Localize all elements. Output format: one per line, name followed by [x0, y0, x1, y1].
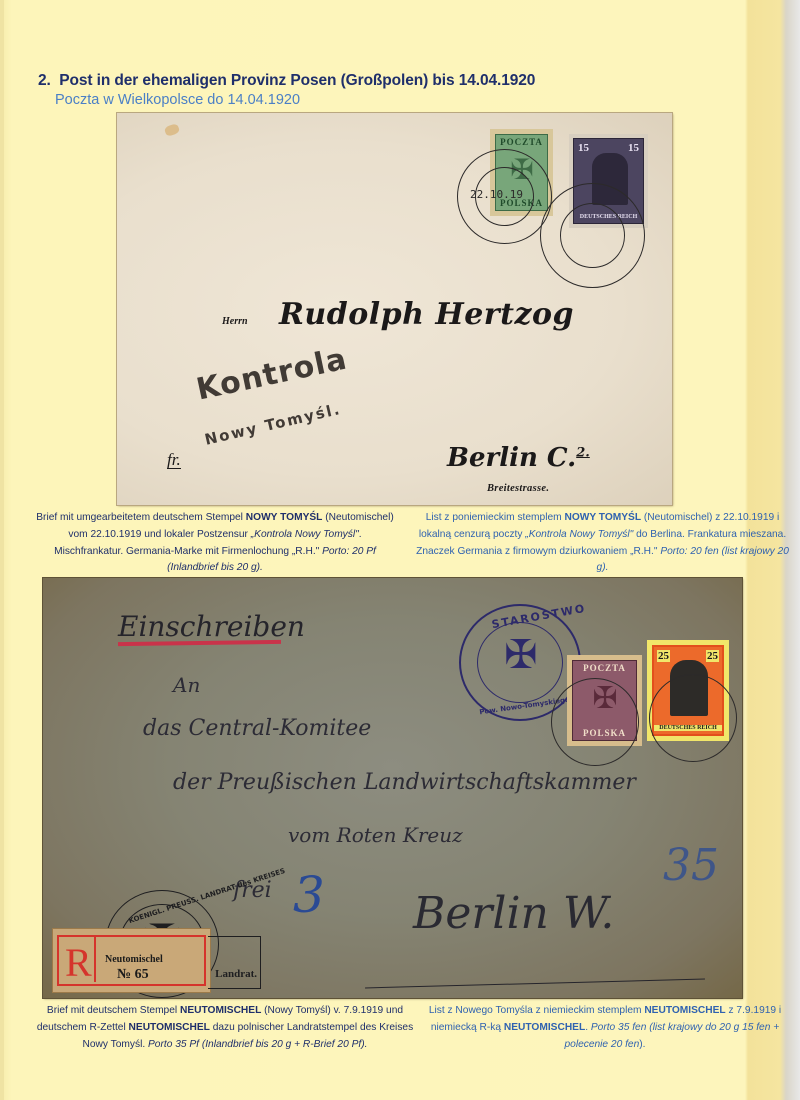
postmark-nowy-tomysl-2 [540, 183, 645, 288]
censor-mark-town: Nowy Tomyśl. [203, 400, 343, 449]
city-district: 2. [576, 445, 590, 460]
stain-mark [164, 123, 181, 137]
stamp-value: 25 [706, 650, 719, 662]
registration-number: № 65 [117, 967, 149, 983]
postmark-nowy-tomysl: 22.10.19 [457, 149, 552, 244]
album-page: 2. Post in der ehemaligen Provinz Posen … [0, 0, 800, 1100]
section-number: 2. [38, 72, 55, 90]
caption-1-german: Brief mit umgearbeitetem deutschem Stemp… [35, 510, 395, 577]
salutation: Herrn [222, 316, 248, 327]
page-edge [0, 0, 4, 1100]
section-heading: 2. Post in der ehemaligen Provinz Posen … [38, 72, 535, 90]
address-line-2: das Central-Komitee [143, 716, 371, 741]
city-name: Berlin C. [447, 443, 576, 473]
address-line-1: An [173, 673, 200, 697]
section-title: Post in der ehemaligen Provinz Posen (Gr… [59, 72, 535, 89]
caption-1-polish: List z poniemieckim stemplem NOWY TOMYŚL… [410, 510, 795, 577]
cover-1-envelope: POCZTA ✠ POLSKA 15 15 DEUTSCHES REICH 22… [117, 113, 672, 505]
from-label: fr. [167, 451, 181, 469]
blue-mark-35: 35 [663, 840, 719, 891]
destination-city: Berlin C.2. [447, 443, 590, 473]
red-underline [118, 640, 281, 646]
registration-letter: R [65, 939, 92, 986]
postmark-neutomischel-2 [649, 674, 737, 762]
address-line-3: der Preußischen Landwirtschaftskammer [173, 770, 636, 795]
address-line-4: vom Roten Kreuz [288, 823, 463, 847]
censor-mark: Kontrola [193, 342, 350, 408]
stamp-country-text: POCZTA [496, 137, 547, 147]
blue-mark-3: 3 [293, 866, 325, 924]
landrat-box-text: Landrat. [215, 968, 257, 980]
section-subtitle-polish: Poczta w Wielkopolsce do 14.04.1920 [55, 92, 300, 108]
postmark-date: 22.10.19 [470, 188, 523, 201]
registration-place: Neutomischel [105, 954, 163, 965]
cover-2-envelope: Einschreiben STAROSTWO ✠ Pow. Nowo-Tomys… [43, 578, 742, 998]
destination-city: Berlin W. [413, 888, 614, 939]
stamp-value: 15 [578, 142, 589, 154]
landrat-box-stamp: Landrat. [208, 936, 261, 989]
caption-2-polish: List z Nowego Tomyśla z niemieckim stemp… [425, 1003, 785, 1053]
registered-handwriting: Einschreiben [118, 610, 305, 643]
city-underline [365, 979, 705, 989]
stamp-country-text: POCZTA [573, 663, 636, 673]
number-prefix: № [117, 967, 131, 982]
caption-2-german: Brief mit deutschem Stempel NEUTOMISCHEL… [35, 1003, 415, 1053]
destination-street: Breitestrasse. [487, 483, 549, 494]
number-value: 65 [135, 967, 149, 982]
addressee-name: Rudolph Hertzog [279, 297, 574, 332]
stamp-value: 15 [628, 142, 639, 154]
stamp-value: 25 [657, 650, 670, 662]
postmark-neutomischel [551, 678, 639, 766]
registration-label: R Neutomischel № 65 [52, 928, 211, 993]
polish-eagle-icon: ✠ [499, 632, 543, 678]
